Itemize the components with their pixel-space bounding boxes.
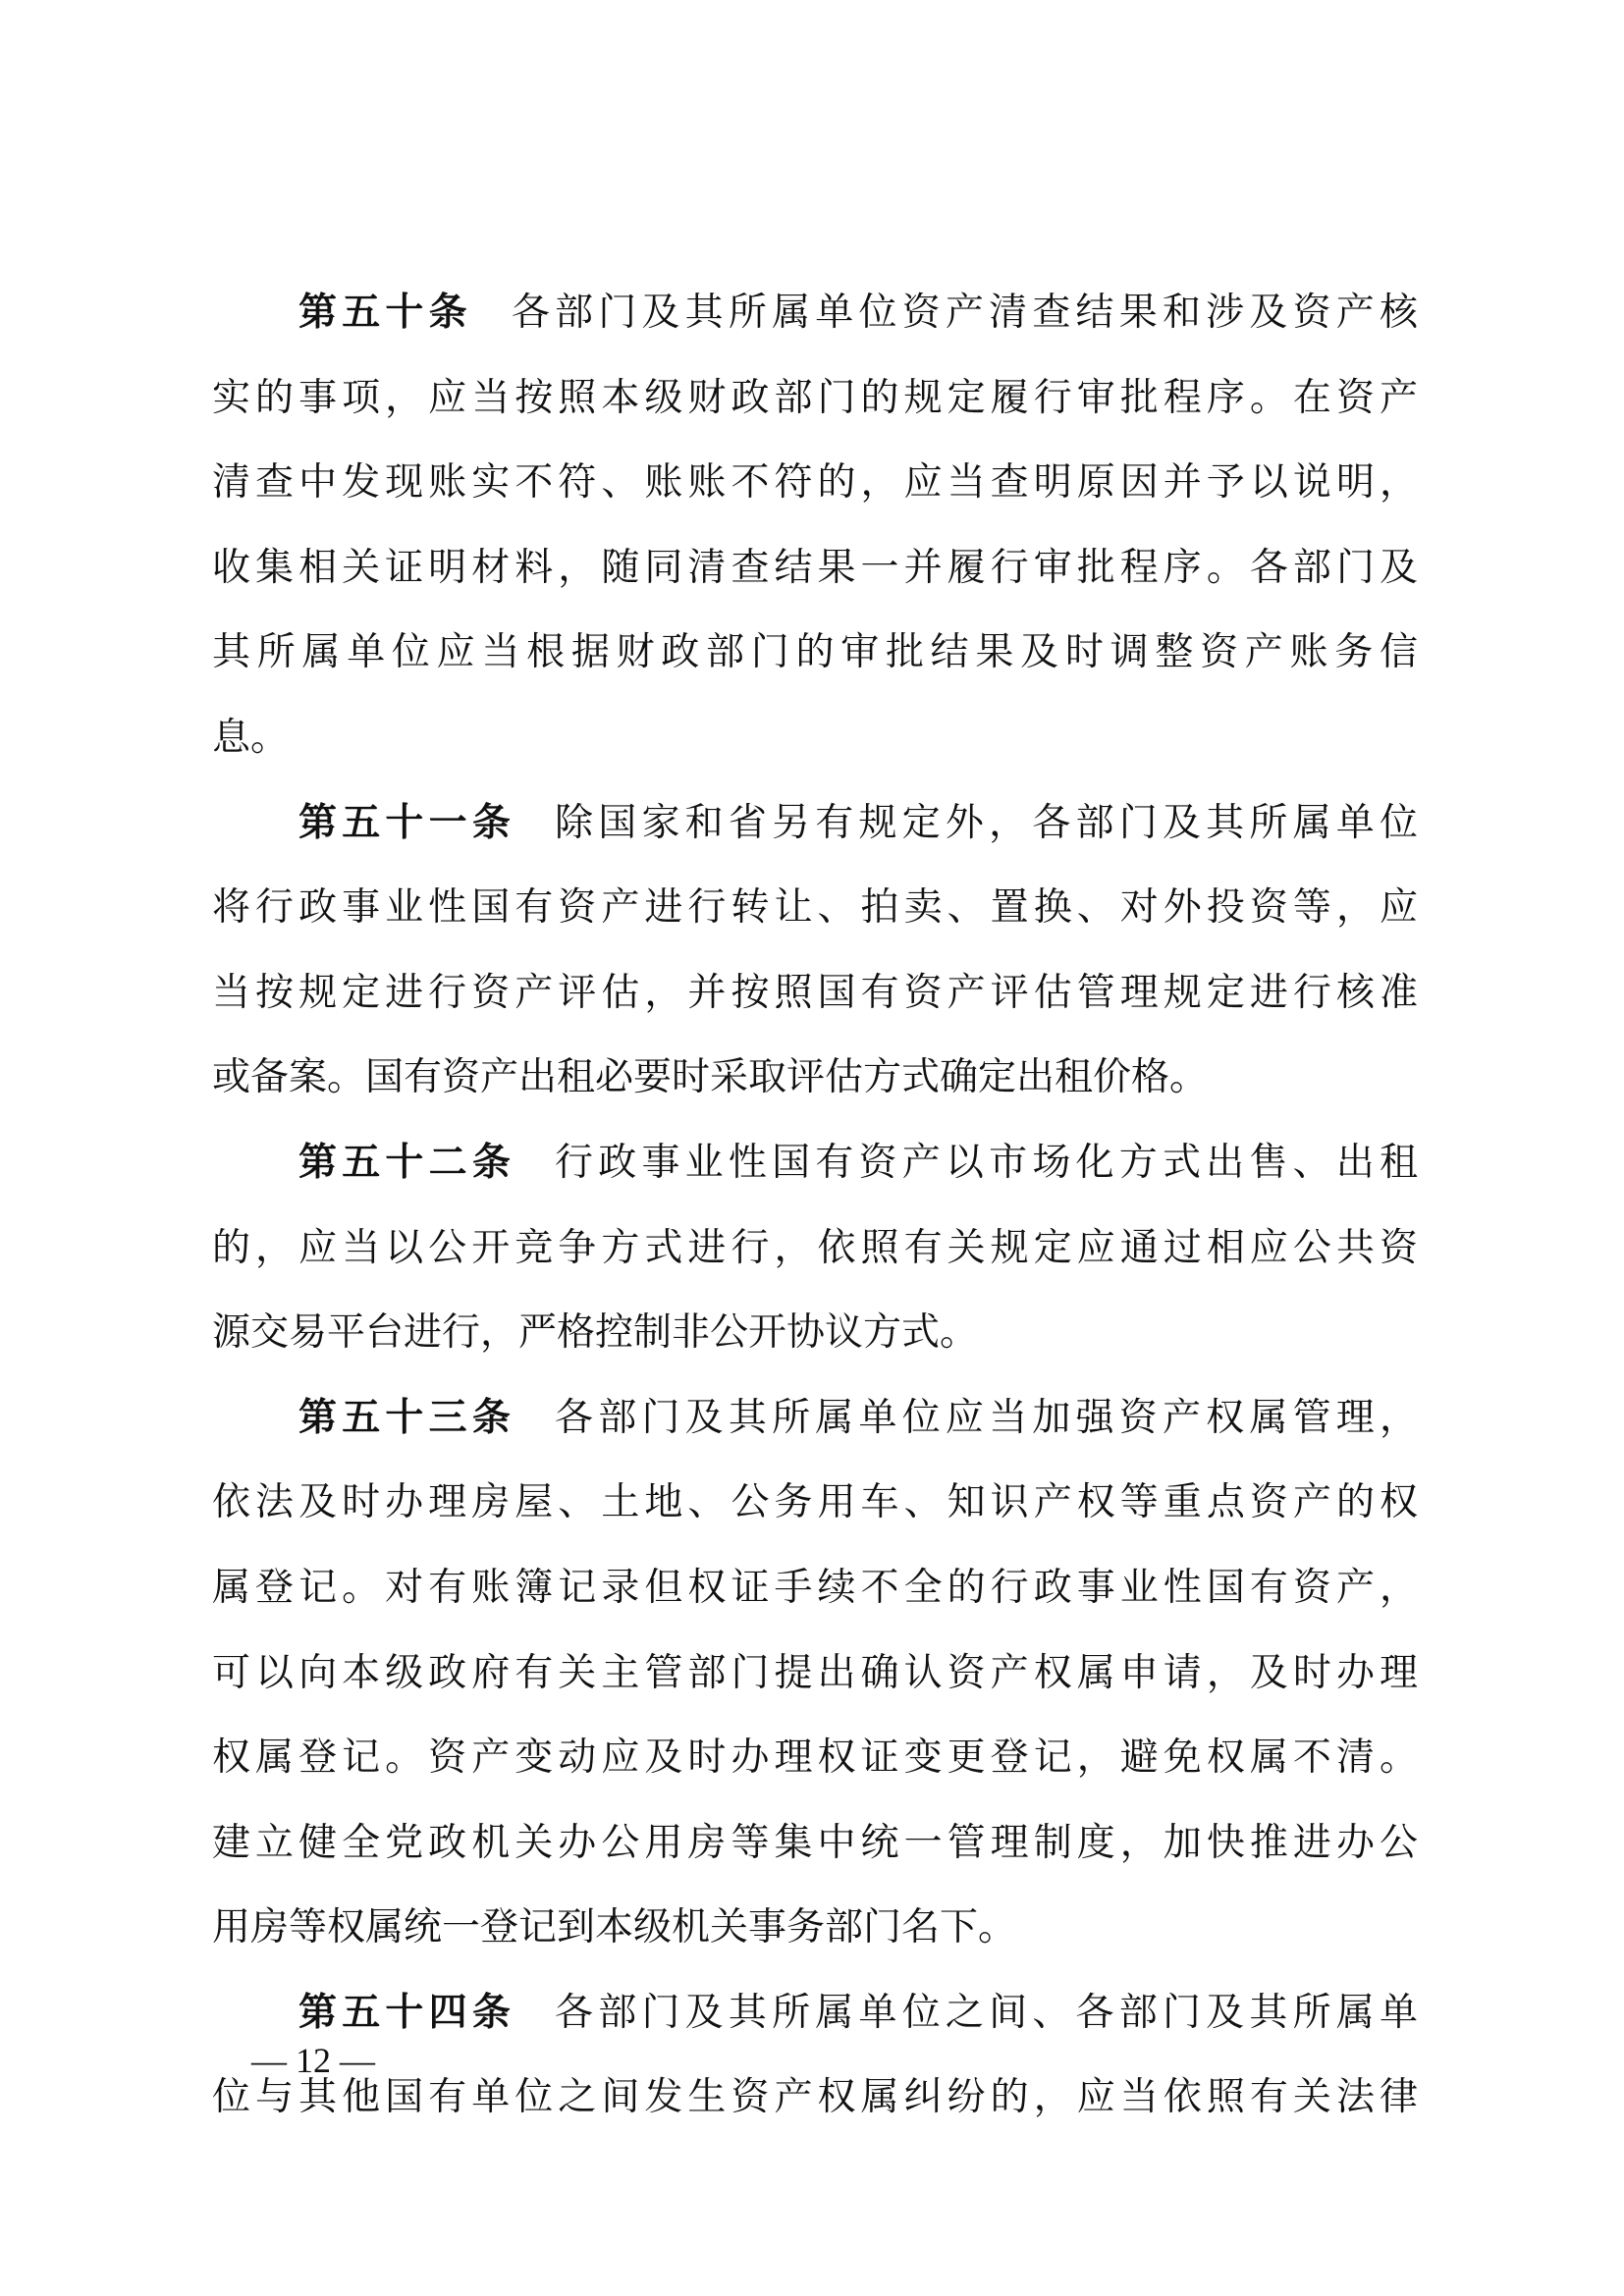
article-53-line-2: 依法及时办理房屋、土地、公务用车、知识产权等重点资产的权 — [212, 1461, 1418, 1546]
article-50-line-3: 清查中发现账实不符、账账不符的，应当查明原因并予以说明， — [212, 441, 1418, 526]
article-50-line-6: 息。 — [212, 696, 1418, 781]
article-54-line-2: 位与其他国有单位之间发生资产权属纠纷的，应当依照有关法律 — [212, 2056, 1418, 2141]
article-number: 第五十四条 — [298, 1991, 515, 2035]
article-51-line-3: 当按规定进行资产评估，并按照国有资产评估管理规定进行核准 — [212, 951, 1418, 1037]
article-53-line-6: 建立健全党政机关办公用房等集中统一管理制度，加快推进办公 — [212, 1801, 1418, 1887]
article-50-line-1: 第五十条各部门及其所属单位资产清查结果和涉及资产核 — [212, 271, 1418, 356]
article-53-line-3: 属登记。对有账簿记录但权证手续不全的行政事业性国有资产， — [212, 1546, 1418, 1631]
article-53-line-5: 权属登记。资产变动应及时办理权证变更登记，避免权属不清。 — [212, 1716, 1418, 1801]
article-text: 各部门及其所属单位应当加强资产权属管理， — [555, 1396, 1418, 1440]
article-50-line-4: 收集相关证明材料，随同清查结果一并履行审批程序。各部门及 — [212, 526, 1418, 612]
article-50-line-5: 其所属单位应当根据财政部门的审批结果及时调整资产账务信 — [212, 611, 1418, 696]
document-page: 第五十条各部门及其所属单位资产清查结果和涉及资产核 实的事项，应当按照本级财政部… — [0, 0, 1624, 2296]
article-50-line-2: 实的事项，应当按照本级财政部门的规定履行审批程序。在资产 — [212, 356, 1418, 442]
article-53-line-4: 可以向本级政府有关主管部门提出确认资产权属申请，及时办理 — [212, 1631, 1418, 1717]
page-number: — 12 — — [251, 2036, 375, 2085]
article-number: 第五十一条 — [298, 801, 515, 845]
article-52-line-3: 源交易平台进行，严格控制非公开协议方式。 — [212, 1291, 1418, 1376]
article-54-line-1: 第五十四条各部门及其所属单位之间、各部门及其所属单 — [212, 1971, 1418, 2056]
article-51-line-2: 将行政事业性国有资产进行转让、拍卖、置换、对外投资等，应 — [212, 866, 1418, 951]
document-body: 第五十条各部门及其所属单位资产清查结果和涉及资产核 实的事项，应当按照本级财政部… — [212, 271, 1418, 2141]
article-52-line-1: 第五十二条行政事业性国有资产以市场化方式出售、出租 — [212, 1121, 1418, 1206]
article-text: 除国家和省另有规定外，各部门及其所属单位 — [555, 801, 1418, 845]
article-53-line-1: 第五十三条各部门及其所属单位应当加强资产权属管理， — [212, 1376, 1418, 1462]
article-number: 第五十三条 — [298, 1396, 515, 1440]
article-53-line-7: 用房等权属统一登记到本级机关事务部门名下。 — [212, 1886, 1418, 1971]
article-text: 各部门及其所属单位资产清查结果和涉及资产核 — [512, 291, 1418, 335]
article-text: 行政事业性国有资产以市场化方式出售、出租 — [555, 1141, 1418, 1185]
article-51-line-4: 或备案。国有资产出租必要时采取评估方式确定出租价格。 — [212, 1036, 1418, 1121]
article-number: 第五十条 — [298, 291, 472, 335]
article-52-line-2: 的，应当以公开竞争方式进行，依照有关规定应通过相应公共资 — [212, 1206, 1418, 1292]
article-number: 第五十二条 — [298, 1141, 515, 1185]
article-51-line-1: 第五十一条除国家和省另有规定外，各部门及其所属单位 — [212, 781, 1418, 867]
article-text: 各部门及其所属单位之间、各部门及其所属单 — [555, 1991, 1418, 2035]
